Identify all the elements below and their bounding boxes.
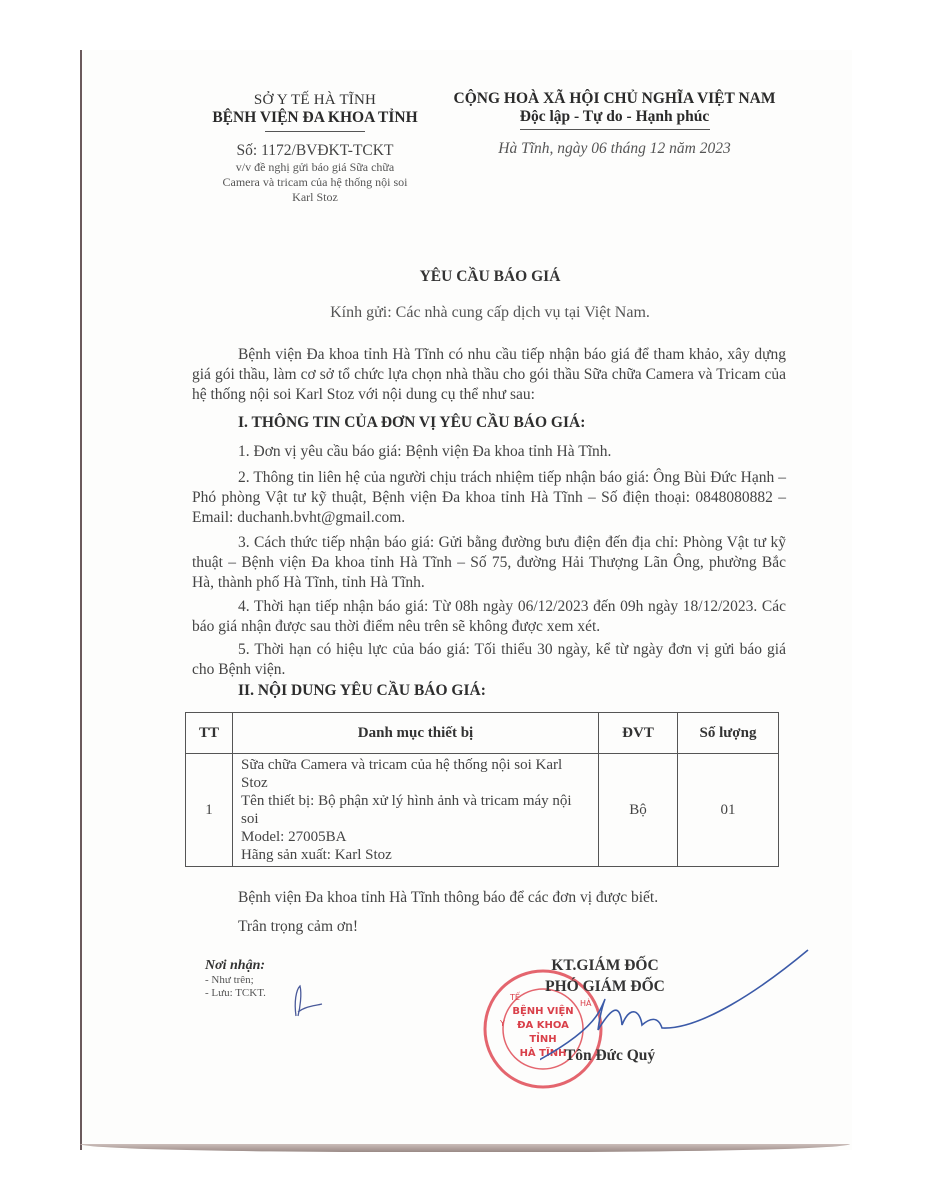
subject-line: Karl Stoz bbox=[180, 190, 450, 205]
handwritten-signature-icon bbox=[540, 930, 820, 1080]
subject-line: Camera và tricam của hệ thống nội soi bbox=[180, 175, 450, 190]
col-header-item: Danh mục thiết bị bbox=[233, 713, 599, 754]
request-table: TT Danh mục thiết bị ĐVT Số lượng 1 Sữa … bbox=[185, 712, 779, 867]
info-item-text: 2. Thông tin liên hệ của người chịu trác… bbox=[192, 469, 786, 526]
header-right: CỘNG HOÀ XÃ HỘI CHỦ NGHĨA VIỆT NAM Độc l… bbox=[432, 90, 797, 158]
document-number: Số: 1172/BVĐKT-TCKT bbox=[180, 142, 450, 160]
header-left: SỞ Y TẾ HÀ TĨNH BỆNH VIỆN ĐA KHOA TỈNH S… bbox=[180, 92, 450, 205]
intro-text: Bệnh viện Đa khoa tỉnh Hà Tĩnh có nhu cầ… bbox=[192, 346, 786, 403]
nation-name: CỘNG HOÀ XÃ HỘI CHỦ NGHĨA VIỆT NAM bbox=[432, 90, 797, 108]
cell-tt: 1 bbox=[186, 754, 233, 867]
info-item-text: 5. Thời hạn có hiệu lực của báo giá: Tối… bbox=[192, 641, 786, 678]
col-header-quantity: Số lượng bbox=[678, 713, 779, 754]
description-line: Sữa chữa Camera và tricam của hệ thống n… bbox=[241, 756, 590, 792]
subject-line: v/v đề nghị gửi báo giá Sữa chữa bbox=[180, 160, 450, 175]
description-line: Tên thiết bị: Bộ phận xử lý hình ảnh và … bbox=[241, 792, 590, 828]
col-header-unit: ĐVT bbox=[599, 713, 678, 754]
info-item-5: 5. Thời hạn có hiệu lực của báo giá: Tối… bbox=[192, 640, 786, 680]
info-item-4: 4. Thời hạn tiếp nhận báo giá: Từ 08h ng… bbox=[192, 597, 786, 637]
page-edge bbox=[80, 1144, 850, 1152]
motto-underline bbox=[520, 129, 710, 130]
info-item-2: 2. Thông tin liên hệ của người chịu trác… bbox=[192, 468, 786, 528]
department-name: SỞ Y TẾ HÀ TĨNH bbox=[180, 92, 450, 109]
info-item-3: 3. Cách thức tiếp nhận báo giá: Gửi bằng… bbox=[192, 533, 786, 593]
cell-unit: Bộ bbox=[599, 754, 678, 867]
recipient-line: Kính gửi: Các nhà cung cấp dịch vụ tại V… bbox=[180, 304, 800, 322]
header-divider bbox=[265, 131, 365, 132]
description-line: Hãng sản xuất: Karl Stoz bbox=[241, 846, 590, 864]
organization-name: BỆNH VIỆN ĐA KHOA TỈNH bbox=[180, 109, 450, 127]
info-item-text: 3. Cách thức tiếp nhận báo giá: Gửi bằng… bbox=[192, 534, 786, 591]
section2-heading: II. NỘI DUNG YÊU CẦU BÁO GIÁ: bbox=[238, 682, 486, 700]
info-item-text: 4. Thời hạn tiếp nhận báo giá: Từ 08h ng… bbox=[192, 598, 786, 635]
recipient-item: - Lưu: TCKT. bbox=[205, 987, 266, 1000]
recipient-item: - Như trên; bbox=[205, 974, 266, 987]
intro-paragraph: Bệnh viện Đa khoa tỉnh Hà Tĩnh có nhu cầ… bbox=[192, 345, 786, 405]
table-header-row: TT Danh mục thiết bị ĐVT Số lượng bbox=[186, 713, 779, 754]
info-item-1: 1. Đơn vị yêu cầu báo giá: Bệnh viện Đa … bbox=[192, 442, 786, 462]
description-line: Model: 27005BA bbox=[241, 828, 590, 846]
section1-heading: I. THÔNG TIN CỦA ĐƠN VỊ YÊU CẦU BÁO GIÁ: bbox=[238, 414, 585, 432]
closing-thanks: Trân trọng cảm ơn! bbox=[238, 918, 358, 936]
cell-quantity: 01 bbox=[678, 754, 779, 867]
cell-description: Sữa chữa Camera và tricam của hệ thống n… bbox=[233, 754, 599, 867]
closing-notice: Bệnh viện Đa khoa tỉnh Hà Tĩnh thông báo… bbox=[238, 889, 658, 907]
place-date: Hà Tĩnh, ngày 06 tháng 12 năm 2023 bbox=[432, 140, 797, 158]
info-item-text: 1. Đơn vị yêu cầu báo giá: Bệnh viện Đa … bbox=[238, 443, 611, 460]
col-header-tt: TT bbox=[186, 713, 233, 754]
recipients-block: Nơi nhận: - Như trên; - Lưu: TCKT. bbox=[205, 958, 266, 1000]
table-row: 1 Sữa chữa Camera và tricam của hệ thống… bbox=[186, 754, 779, 867]
document-title: YÊU CẦU BÁO GIÁ bbox=[180, 268, 800, 286]
motto: Độc lập - Tự do - Hạnh phúc bbox=[432, 108, 797, 126]
recipients-heading: Nơi nhận: bbox=[205, 958, 266, 974]
initial-mark-icon bbox=[288, 982, 324, 1020]
